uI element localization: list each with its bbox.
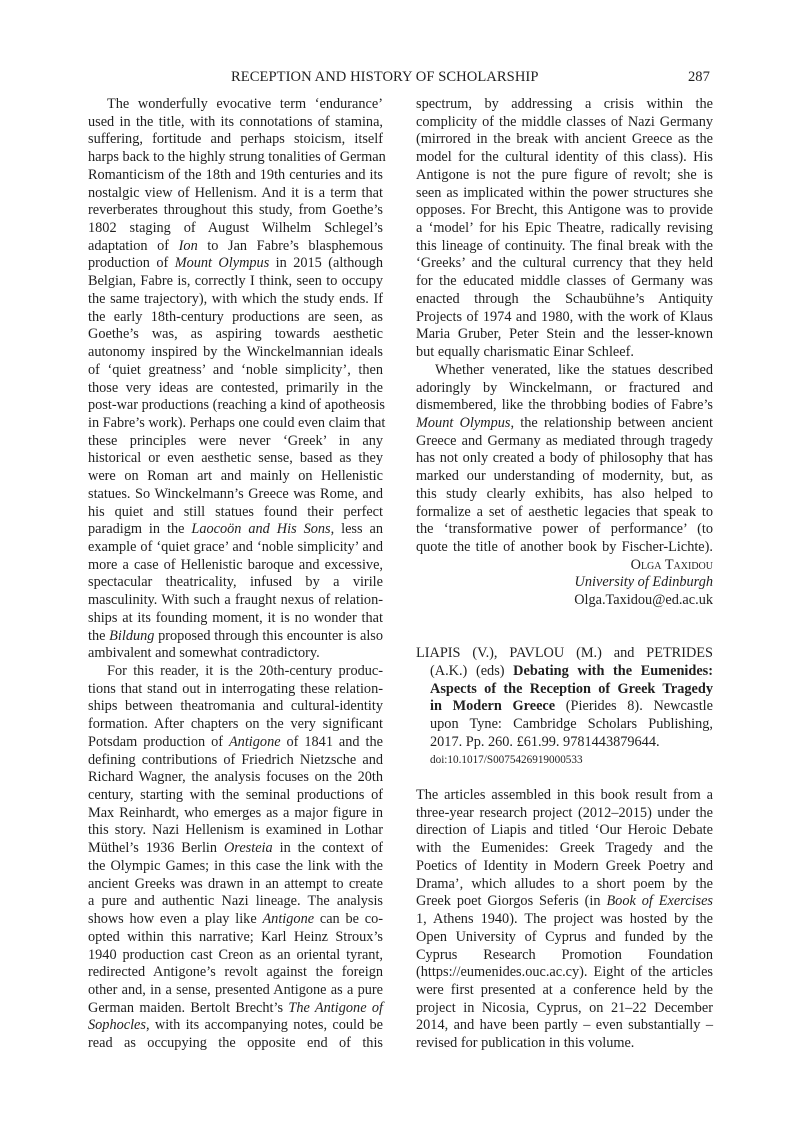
- text-line: were first presented at a conference hel…: [416, 982, 713, 1000]
- spacer: [416, 769, 713, 787]
- spacer: [416, 628, 713, 646]
- text-line: ships at its founding moment, it is no w…: [88, 610, 383, 628]
- text-line: read as occupying the opposite end of th…: [88, 1035, 383, 1053]
- text-line: Greek poet Giorgos Seferis (in Book of E…: [416, 893, 713, 911]
- text-line: Greece and Germany as mediated through t…: [416, 433, 713, 451]
- text-line: For this reader, it is the 20th-century …: [88, 663, 383, 681]
- page-number: 287: [688, 68, 710, 86]
- text-line: nostalgic view of Hellenism. And it is a…: [88, 185, 383, 203]
- text-line: example of ‘quiet grace’ and ‘noble simp…: [88, 539, 383, 557]
- text-line: marked our understanding of modernity, b…: [416, 468, 713, 486]
- text-line: Drama’, which alludes to a short poem by…: [416, 876, 713, 894]
- text-line: other and, in a sense, presented Antigon…: [88, 982, 383, 1000]
- text-line: ambivalent and somewhat contradictory.: [88, 645, 383, 663]
- text-line: quote the title of another book by Fisch…: [416, 539, 713, 557]
- text-line: a ‘model’ for his Epic Theatre, radicall…: [416, 220, 713, 238]
- text-line: shows how even a play like Antigone can …: [88, 911, 383, 929]
- text-line: statues. So Winckelmann’s Greece was Rom…: [88, 486, 383, 504]
- text-line: German maiden. Bertolt Brecht’s The Anti…: [88, 1000, 383, 1018]
- text-line: (mirrored in the break with ancient Gree…: [416, 131, 713, 149]
- text-line: seen as implicated within the power stru…: [416, 185, 713, 203]
- text-line: used in the title, with its connotations…: [88, 114, 383, 132]
- text-line: the Olympic Games; in this case the link…: [88, 858, 383, 876]
- text-line: of ‘quiet greatness’ and ‘noble simplici…: [88, 362, 383, 380]
- text-line: Whether venerated, like the statues desc…: [416, 362, 713, 380]
- text-line: Antigone is not the pure figure of revol…: [416, 167, 713, 185]
- text-line: (https://eumenides.ouc.ac.cy). Eight of …: [416, 964, 713, 982]
- text-line: three-year research project (2012–2015) …: [416, 805, 713, 823]
- text-line: his quiet and still statues found their …: [88, 504, 383, 522]
- text-line: complicity of the middle classes of Nazi…: [416, 114, 713, 132]
- text-line: Cyprus Research Promotion Foundation: [416, 947, 713, 965]
- text-line: masculinity. With such a fraught nexus o…: [88, 592, 383, 610]
- text-line: paradigm in the Laocoön and His Sons, le…: [88, 521, 383, 539]
- text-line: post-war productions (reaching a kind of…: [88, 397, 383, 415]
- text-line: dismembered, like the throbbing bodies o…: [416, 397, 713, 415]
- text-line: adaptation of Ion to Jan Fabre’s blasphe…: [88, 238, 383, 256]
- text-line: Max Reinhardt, who emerges as a major fi…: [88, 805, 383, 823]
- spacer: [416, 610, 713, 628]
- text-line: ships between theatromania and cultural-…: [88, 698, 383, 716]
- text-line: the early 18th-century productions are s…: [88, 309, 383, 327]
- text-line: Mount Olympus, the relationship between …: [416, 415, 713, 433]
- text-line: project in Nicosia, Cyprus, on 21–22 Dec…: [416, 1000, 713, 1018]
- right-column: spectrum, by addressing a crisis within …: [416, 96, 713, 1053]
- text-line: in Modern Greece (Pierides 8). Newcastle: [416, 698, 713, 716]
- text-line: the ‘transformative power of performance…: [416, 521, 713, 539]
- reviewer-signature: Olga Taxidou University of Edinburgh Olg…: [416, 557, 713, 610]
- text-line: Open University of Cyprus and funded by …: [416, 929, 713, 947]
- text-line: formalize a set of aesthetic legacies th…: [416, 504, 713, 522]
- text-line: historical or even aesthetic sense, base…: [88, 450, 383, 468]
- running-title: RECEPTION AND HISTORY OF SCHOLARSHIP: [231, 68, 539, 86]
- text-line: The articles assembled in this book resu…: [416, 787, 713, 805]
- text-line: 2014, and have been partly – even substa…: [416, 1017, 713, 1035]
- text-line: in Fabre’s work). Perhaps one could even…: [88, 415, 383, 433]
- text-line: spectacular theatricality, infused by a …: [88, 574, 383, 592]
- text-line: redirected Antigone’s revolt against the…: [88, 964, 383, 982]
- text-line: has not only created a body of philosoph…: [416, 450, 713, 468]
- text-line: suffering, fortitude and perhaps stoicis…: [88, 131, 383, 149]
- text-line: were on Roman art and mainly on Hellenis…: [88, 468, 383, 486]
- text-line: for the educated middle classes of Germa…: [416, 273, 713, 291]
- text-line: 1802 staging of August Wilhelm Schlegel’…: [88, 220, 383, 238]
- text-line: spectrum, by addressing a crisis within …: [416, 96, 713, 114]
- text-line: defining contributions of Friedrich Niet…: [88, 752, 383, 770]
- text-line: production of Mount Olympus in 2015 (alt…: [88, 255, 383, 273]
- text-line: this lineage of continuity. The final br…: [416, 238, 713, 256]
- text-line: autonomy inspired by the Winckelmannian …: [88, 344, 383, 362]
- text-line: Aspects of the Reception of Greek Traged…: [416, 681, 713, 699]
- text-line: opposes. For Brecht, this Antigone was t…: [416, 202, 713, 220]
- text-line: model for the cultural identity of this …: [416, 149, 713, 167]
- text-line: these principles were never ‘Greek’ in a…: [88, 433, 383, 451]
- text-line: revised for publication in this volume.: [416, 1035, 713, 1053]
- text-line: 1, Athens 1940). The project was hosted …: [416, 911, 713, 929]
- text-line: harps back to the highly strung tonaliti…: [88, 149, 383, 167]
- review-continuation: spectrum, by addressing a crisis within …: [416, 96, 713, 557]
- book-citation: LIAPIS (V.), PAVLOU (M.) and PETRIDES(A.…: [416, 645, 713, 751]
- text-line: tions that stand out in interrogating th…: [88, 681, 383, 699]
- reviewer-name: Olga Taxidou: [416, 557, 713, 575]
- text-line: Goethe’s was, as aspiring towards aesthe…: [88, 326, 383, 344]
- text-line: but equally charismatic Einar Schleef.: [416, 344, 713, 362]
- text-line: Belgian, Fabre is, correctly I think, se…: [88, 273, 383, 291]
- text-line: Projects of 1974 and 1980, with the work…: [416, 309, 713, 327]
- text-line: Richard Wagner, the analysis focuses on …: [88, 769, 383, 787]
- left-column: The wonderfully evocative term ‘enduranc…: [88, 96, 383, 1053]
- text-line: opted within this narrative; Karl Heinz …: [88, 929, 383, 947]
- text-line: century, starting with the seminal produ…: [88, 787, 383, 805]
- text-line: the Bildung proposed through this encoun…: [88, 628, 383, 646]
- review-body: The articles assembled in this book resu…: [416, 787, 713, 1053]
- text-line: enacted through the Schaubühne’s Antiqui…: [416, 291, 713, 309]
- text-line: Müthel’s 1936 Berlin Oresteia in the con…: [88, 840, 383, 858]
- text-line: reverberates throughout this study, from…: [88, 202, 383, 220]
- text-line: 2017. Pp. 260. £61.99. 9781443879644.: [416, 734, 713, 752]
- reviewer-email: Olga.Taxidou@ed.ac.uk: [416, 592, 713, 610]
- text-line: ‘Greeks’ and the cultural currency that …: [416, 255, 713, 273]
- text-line: formation. After chapters on the very si…: [88, 716, 383, 734]
- text-line: more a case of Hellenistic baroque and e…: [88, 557, 383, 575]
- text-line: (A.K.) (eds) Debating with the Eumenides…: [416, 663, 713, 681]
- text-line: Romanticism of the 18th and 19th centuri…: [88, 167, 383, 185]
- text-line: this study clearly exhibits, has also he…: [416, 486, 713, 504]
- running-head: RECEPTION AND HISTORY OF SCHOLARSHIP 287: [0, 68, 800, 88]
- text-line: those very ideas are contested, primaril…: [88, 380, 383, 398]
- text-line: The wonderfully evocative term ‘enduranc…: [88, 96, 383, 114]
- text-line: direction of Liapis and titled ‘Our Hero…: [416, 822, 713, 840]
- text-line: Potsdam production of Antigone of 1841 a…: [88, 734, 383, 752]
- text-line: this story. Nazi Hellenism is examined i…: [88, 822, 383, 840]
- text-line: ancient Greeks was drawn in an attempt t…: [88, 876, 383, 894]
- text-line: with the Eumenides: Greek Tragedy and th…: [416, 840, 713, 858]
- text-line: Sophocles, with its accompanying notes, …: [88, 1017, 383, 1035]
- text-line: adoringly by Winckelmann, or fractured a…: [416, 380, 713, 398]
- text-line: LIAPIS (V.), PAVLOU (M.) and PETRIDES: [416, 645, 713, 663]
- text-line: upon Tyne: Cambridge Scholars Publishing…: [416, 716, 713, 734]
- text-line: a pure and authentic Nazi lineage. The a…: [88, 893, 383, 911]
- text-line: 1940 production cast Creon as an orienta…: [88, 947, 383, 965]
- text-line: Poetics of Identity in Modern Greek Poet…: [416, 858, 713, 876]
- doi-link[interactable]: doi:10.1017/S0075426919000533: [416, 752, 713, 770]
- reviewer-affiliation: University of Edinburgh: [416, 574, 713, 592]
- text-line: the same trajectory), with which the stu…: [88, 291, 383, 309]
- text-line: Maria Gruber, Peter Stein and the lesser…: [416, 326, 713, 344]
